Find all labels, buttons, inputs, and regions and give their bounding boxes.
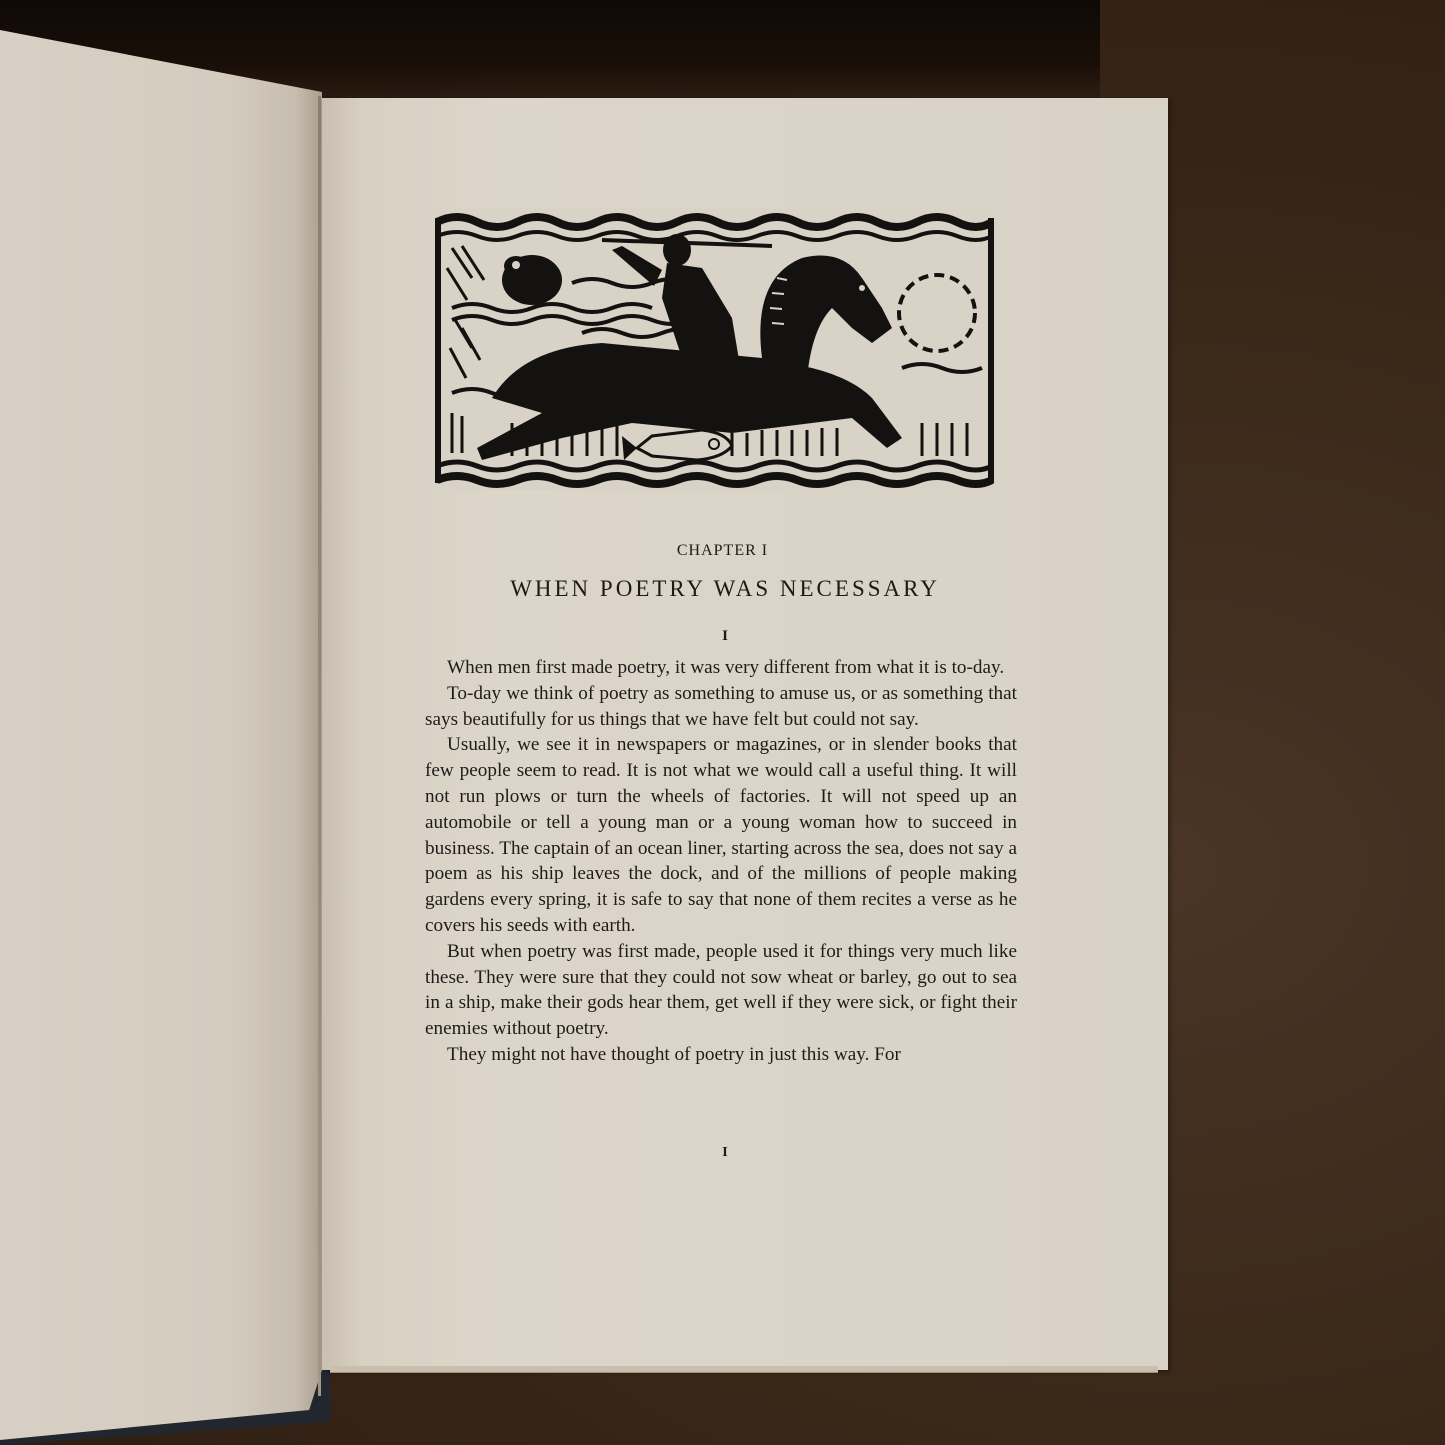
woodcut-illustration — [432, 208, 997, 490]
paragraph: To-day we think of poetry as something t… — [425, 681, 1017, 733]
book-gutter — [318, 96, 321, 1396]
paragraph: When men first made poetry, it was very … — [425, 655, 1017, 681]
left-page-blank — [0, 30, 322, 1445]
paragraph: But when poetry was first made, people u… — [425, 939, 1017, 1042]
page-number: I — [440, 1145, 1010, 1161]
section-number: I — [440, 628, 1010, 645]
page-edges — [330, 1366, 1158, 1373]
chapter-label: CHAPTER I — [0, 542, 1445, 560]
paragraph: They might not have thought of poetry in… — [425, 1042, 1017, 1068]
chapter-title: WHEN POETRY WAS NECESSARY — [440, 576, 1010, 602]
body-text: When men first made poetry, it was very … — [425, 655, 1017, 1068]
paragraph: Usually, we see it in newspapers or maga… — [425, 732, 1017, 938]
